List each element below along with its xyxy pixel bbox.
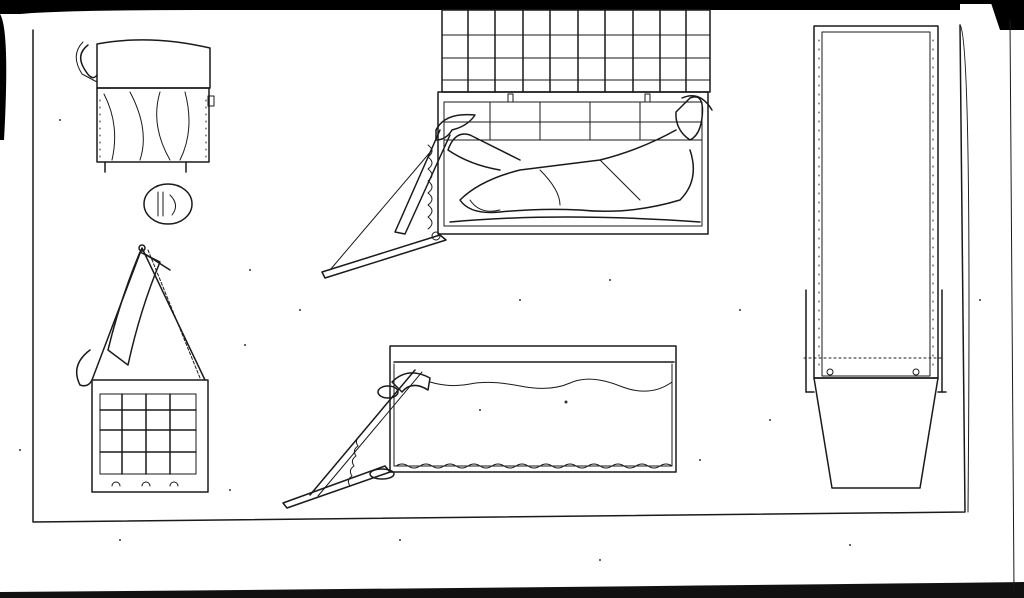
engraving-plate [0, 0, 1024, 598]
scan-edge-bottom [0, 20, 1024, 598]
fig-library-stamp [144, 184, 192, 224]
fig-long-box-right [804, 26, 946, 488]
scan-speckle [19, 119, 981, 561]
fig-box-ratchet-bottom [283, 346, 676, 508]
fig-closed-box-top-left [76, 40, 214, 172]
plate-border [33, 25, 969, 522]
fig-box-open-side-left [77, 245, 208, 492]
scan-edge-top [0, 0, 1024, 140]
fig-reclining-patient [322, 10, 712, 278]
